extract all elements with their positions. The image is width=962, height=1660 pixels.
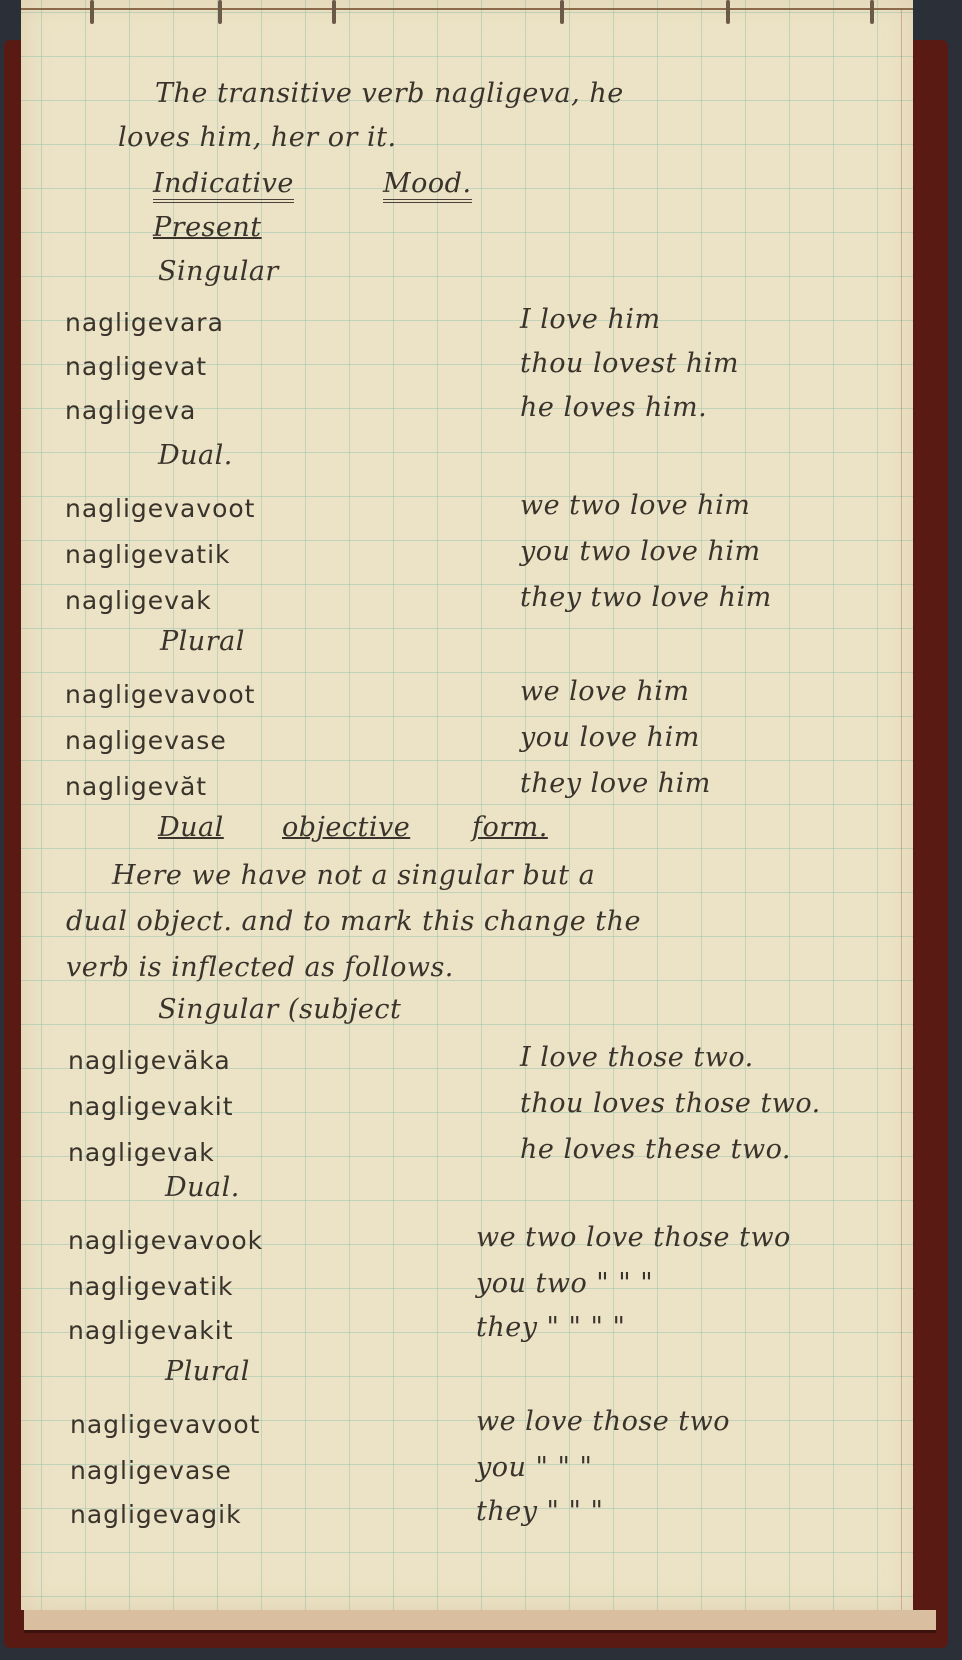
binding-staple [332,0,336,24]
verb-form: nagligevăt [65,772,207,801]
verb-form: nagligeva [65,396,196,425]
gloss: you two love him [520,536,761,567]
heading-objective: objective [282,812,410,843]
label-dual: Dual. [158,440,233,471]
explanation-line-1: Here we have not a singular but a [112,860,595,891]
verb-form: nagligevagik [70,1500,242,1529]
verb-form: nagligevavook [68,1226,263,1255]
gloss: thou lovest him [520,348,739,379]
heading-present: Present [153,212,262,243]
label-plural: Plural [160,626,245,657]
intro-line-2: loves him, her or it. [118,122,397,153]
gloss: he loves him. [520,392,707,423]
verb-form: nagligevatik [65,540,231,569]
gloss: he loves these two. [520,1134,791,1165]
label-plural: Plural [165,1356,250,1387]
verb-form: nagligevat [65,352,207,381]
verb-form: nagligevakit [68,1092,234,1121]
verb-form: nagligevakit [68,1316,234,1345]
gloss: they " " " [476,1496,603,1527]
gloss: I love him [520,304,661,335]
page-edge [24,1610,936,1633]
heading-form: form. [472,812,548,843]
verb-form: nagligevase [70,1456,232,1485]
binding-staple [90,0,94,24]
binding-staple [218,0,222,24]
verb-form: nagligevavoot [65,494,255,523]
gloss: we two love him [520,490,750,521]
gloss: you love him [520,722,700,753]
binding-staple [560,0,564,24]
heading-indicative: Indicative [153,168,294,203]
explanation-line-3: verb is inflected as follows. [66,952,454,983]
intro-line-1: The transitive verb nagligeva, he [155,78,624,109]
gloss: you two " " " [476,1268,653,1299]
gloss: they love him [520,768,711,799]
margin-line [901,10,902,1610]
label-singular-subject: Singular (subject [158,994,401,1025]
label-singular: Singular [158,256,279,287]
verb-form: nagligevara [65,308,224,337]
gloss: we love him [520,676,690,707]
gloss: they " " " " [476,1312,625,1343]
gloss: they two love him [520,582,772,613]
gloss: I love those two. [520,1042,754,1073]
heading-mood: Mood. [383,168,472,203]
verb-form: nagligevavoot [65,680,255,709]
verb-form: nagligevak [65,586,212,615]
verb-form: nagligeväka [68,1046,231,1075]
verb-form: nagligevase [65,726,227,755]
gloss: you " " " [476,1452,592,1483]
binding-staple [726,0,730,24]
gloss: we two love those two [476,1222,791,1253]
heading-dual: Dual [158,812,224,843]
label-dual: Dual. [165,1172,240,1203]
gloss: thou loves those two. [520,1088,821,1119]
verb-form: nagligevatik [68,1272,234,1301]
verb-form: nagligevak [68,1138,215,1167]
top-binding [21,0,913,10]
verb-form: nagligevavoot [70,1410,260,1439]
gloss: we love those two [476,1406,730,1437]
binding-staple [870,0,874,24]
explanation-line-2: dual object. and to mark this change the [66,906,641,937]
